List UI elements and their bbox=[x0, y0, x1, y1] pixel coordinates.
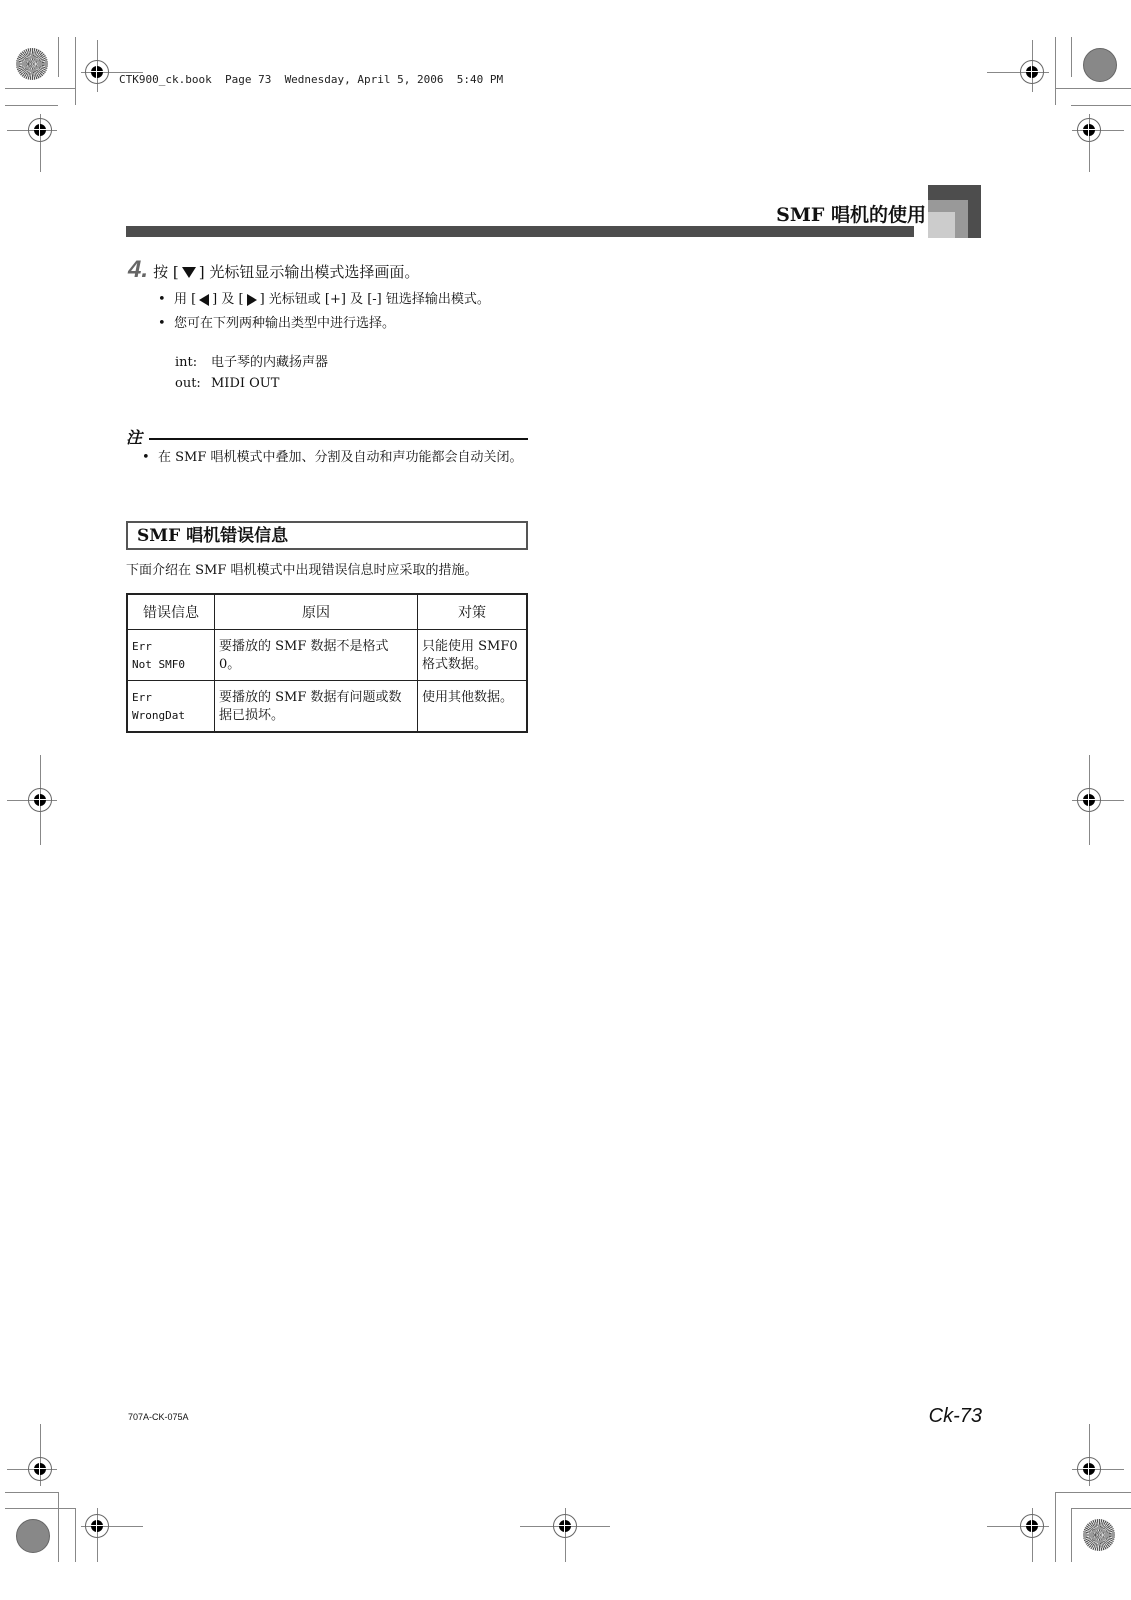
note-label: 注 bbox=[126, 425, 142, 448]
error-section-title: SMF 唱机错误信息 bbox=[126, 521, 528, 550]
list-item: • 您可在下列两种输出类型中进行选择。 bbox=[158, 312, 395, 331]
error-action: 使用其他数据。 bbox=[418, 681, 528, 733]
column-header: 对策 bbox=[418, 594, 528, 630]
triangle-left-icon bbox=[199, 294, 209, 306]
registration-mark-icon bbox=[28, 788, 52, 812]
note-item: • 在 SMF 唱机模式中叠加、分割及自动和声功能都会自动关闭。 bbox=[142, 449, 528, 466]
registration-mark-icon bbox=[28, 118, 52, 142]
color-disc-icon bbox=[1083, 48, 1117, 82]
step-text-after: ] 光标钮显示输出模式选择画面。 bbox=[199, 263, 420, 281]
page-number: Ck-73 bbox=[929, 1405, 982, 1428]
note-rule bbox=[149, 438, 528, 440]
color-disc-icon bbox=[16, 1519, 50, 1553]
column-header: 原因 bbox=[215, 594, 418, 630]
error-table: 错误信息 原因 对策 ErrNot SMF0 要播放的 SMF 数据不是格式 0… bbox=[126, 593, 528, 733]
column-header: 错误信息 bbox=[127, 594, 215, 630]
registration-mark-icon bbox=[1020, 60, 1044, 84]
color-disc-icon bbox=[1083, 1519, 1115, 1551]
triangle-right-icon bbox=[247, 294, 257, 306]
step-4: 4. 按 [] 光标钮显示输出模式选择画面。 bbox=[128, 256, 419, 284]
step-text-before: 按 [ bbox=[153, 263, 179, 281]
color-disc-icon bbox=[16, 48, 48, 80]
registration-mark-icon bbox=[1077, 118, 1101, 142]
list-item: • 用 [] 及 [] 光标钮或 [+] 及 [-] 钮选择输出模式。 bbox=[158, 288, 490, 307]
table-header-row: 错误信息 原因 对策 bbox=[127, 594, 527, 630]
registration-mark-icon bbox=[1077, 1457, 1101, 1481]
triangle-down-icon bbox=[182, 267, 196, 278]
title-rule bbox=[126, 226, 914, 237]
table-row: ErrNot SMF0 要播放的 SMF 数据不是格式 0。 只能使用 SMF0… bbox=[127, 630, 527, 681]
option-out: out:MIDI OUT bbox=[175, 376, 279, 391]
registration-mark-icon bbox=[85, 1514, 109, 1538]
option-int: int:电子琴的内藏扬声器 bbox=[175, 351, 328, 370]
error-cause: 要播放的 SMF 数据不是格式 0。 bbox=[215, 630, 418, 681]
step-number: 4. bbox=[128, 256, 148, 283]
registration-mark-icon bbox=[553, 1514, 577, 1538]
registration-mark-icon bbox=[1077, 788, 1101, 812]
error-section-intro: 下面介绍在 SMF 唱机模式中出现错误信息时应采取的措施。 bbox=[126, 559, 478, 578]
registration-mark-icon bbox=[28, 1457, 52, 1481]
error-cause: 要播放的 SMF 数据有问题或数据已损坏。 bbox=[215, 681, 418, 733]
error-action: 只能使用 SMF0 格式数据。 bbox=[418, 630, 528, 681]
registration-mark-icon bbox=[1020, 1514, 1044, 1538]
corner-block bbox=[928, 185, 981, 238]
error-code: ErrNot SMF0 bbox=[127, 630, 215, 681]
footer-code: 707A-CK-075A bbox=[128, 1412, 189, 1422]
section-title: SMF 唱机的使用 bbox=[776, 200, 926, 227]
table-row: ErrWrongDat 要播放的 SMF 数据有问题或数据已损坏。 使用其他数据… bbox=[127, 681, 527, 733]
error-code: ErrWrongDat bbox=[127, 681, 215, 733]
registration-mark-icon bbox=[85, 60, 109, 84]
print-header: CTK900_ck.book Page 73 Wednesday, April … bbox=[119, 73, 503, 86]
